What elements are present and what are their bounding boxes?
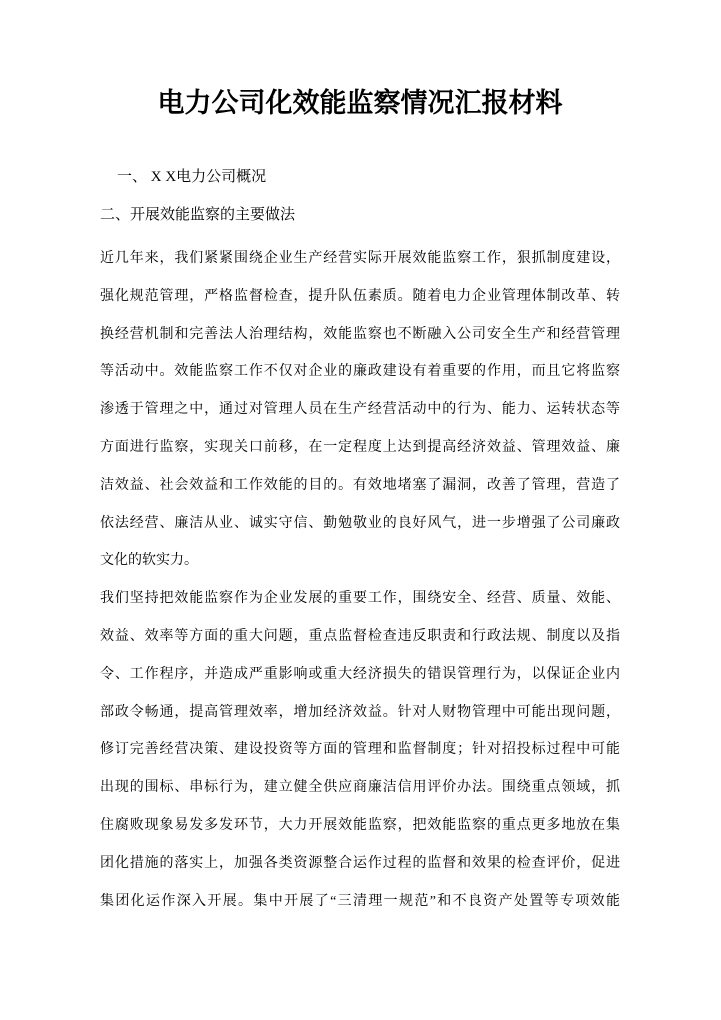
body-line: 效益、效率等方面的重大问题，重点监督检查违反职责和行政法规、制度以及指 bbox=[100, 618, 620, 656]
section-heading-1: 一、 X X电力公司概况 bbox=[100, 158, 620, 196]
body-line: 文化的软实力。 bbox=[100, 542, 620, 580]
body-line: 渗透于管理之中，通过对管理人员在生产经营活动中的行为、能力、运转状态等 bbox=[100, 391, 620, 429]
document-body: 近几年来，我们紧紧围绕企业生产经营实际开展效能监察工作，狠抓制度建设， 强化规范… bbox=[100, 240, 620, 920]
document-page: 电力公司化效能监察情况汇报材料 一、 X X电力公司概况 二、开展效能监察的主要… bbox=[0, 0, 721, 1020]
body-line: 强化规范管理，严格监督检查，提升队伍素质。随着电力企业管理体制改革、转 bbox=[100, 278, 620, 316]
document-content: 电力公司化效能监察情况汇报材料 一、 X X电力公司概况 二、开展效能监察的主要… bbox=[100, 0, 620, 920]
body-line: 部政令畅通，提高管理效率，增加经济效益。针对人财物管理中可能出现问题， bbox=[100, 694, 620, 732]
body-line: 换经营机制和完善法人治理结构，效能监察也不断融入公司安全生产和经营管理 bbox=[100, 316, 620, 354]
body-line: 我们坚持把效能监察作为企业发展的重要工作，围绕安全、经营、质量、效能、 bbox=[100, 580, 620, 618]
body-line: 集团化运作深入开展。集中开展了“三清理一规范”和不良资产处置等专项效能 bbox=[100, 883, 620, 921]
body-line: 修订完善经营决策、建设投资等方面的管理和监督制度；针对招投标过程中可能 bbox=[100, 731, 620, 769]
body-line: 令、工作程序，并造成严重影响或重大经济损失的错误管理行为，以保证企业内 bbox=[100, 656, 620, 694]
body-line: 出现的围标、串标行为，建立健全供应商廉洁信用评价办法。围绕重点领域，抓 bbox=[100, 769, 620, 807]
document-title: 电力公司化效能监察情况汇报材料 bbox=[100, 82, 620, 124]
body-line: 住腐败现象易发多发环节，大力开展效能监察，把效能监察的重点更多地放在集 bbox=[100, 807, 620, 845]
section-heading-2: 二、开展效能监察的主要做法 bbox=[100, 196, 620, 234]
body-line: 等活动中。效能监察工作不仅对企业的廉政建设有着重要的作用，而且它将监察 bbox=[100, 353, 620, 391]
paragraph-2: 我们坚持把效能监察作为企业发展的重要工作，围绕安全、经营、质量、效能、 效益、效… bbox=[100, 580, 620, 920]
body-line: 依法经营、廉洁从业、诚实守信、勤勉敬业的良好风气，进一步增强了公司廉政 bbox=[100, 505, 620, 543]
body-line: 洁效益、社会效益和工作效能的目的。有效地堵塞了漏洞，改善了管理，营造了 bbox=[100, 467, 620, 505]
body-line: 方面进行监察，实现关口前移，在一定程度上达到提高经济效益、管理效益、廉 bbox=[100, 429, 620, 467]
body-line: 近几年来，我们紧紧围绕企业生产经营实际开展效能监察工作，狠抓制度建设， bbox=[100, 240, 620, 278]
paragraph-1: 近几年来，我们紧紧围绕企业生产经营实际开展效能监察工作，狠抓制度建设， 强化规范… bbox=[100, 240, 620, 580]
body-line: 团化措施的落实上，加强各类资源整合运作过程的监督和效果的检查评价，促进 bbox=[100, 845, 620, 883]
